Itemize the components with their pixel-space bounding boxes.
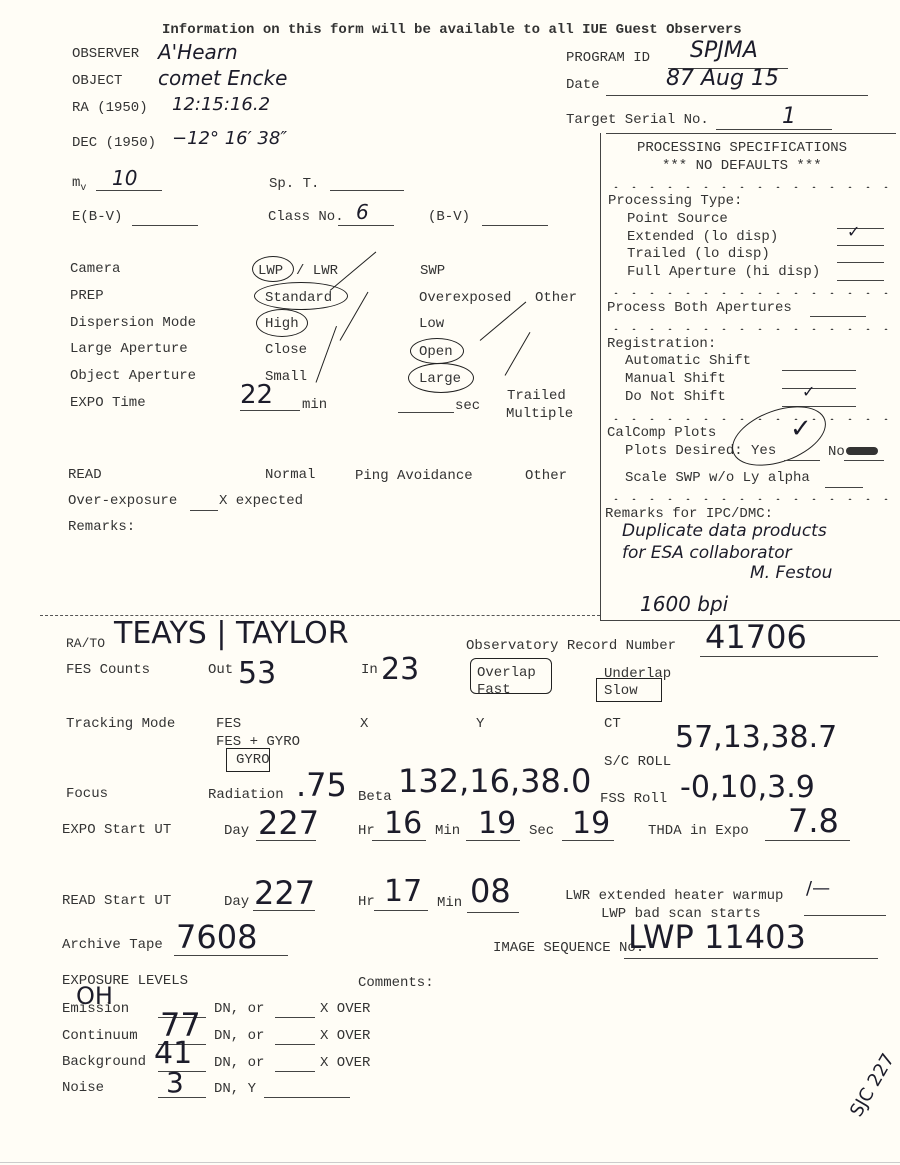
expo-day-field[interactable]: 227 xyxy=(258,804,319,842)
focus-label: Focus xyxy=(66,786,108,802)
fes-in-label: In xyxy=(361,662,378,678)
plots-no-scribble xyxy=(846,447,878,455)
plots-yes-checkmark-icon: ✓ xyxy=(790,414,812,444)
registration-label: Registration: xyxy=(607,336,716,352)
target-serial-field[interactable]: 1 xyxy=(782,104,796,129)
read-label: READ xyxy=(68,467,102,483)
scale-swp-label: Scale SWP w/o Ly alpha xyxy=(625,470,810,486)
noise-suffix: DN, Y xyxy=(214,1081,256,1097)
tracking-mode-label: Tracking Mode xyxy=(66,716,175,732)
observer-label: OBSERVER xyxy=(72,46,139,62)
ipc-remarks-line-3: M. Festou xyxy=(750,563,832,583)
expo-min-label: Min xyxy=(435,823,460,839)
x-label: X xyxy=(360,716,368,732)
tracking-option-fes[interactable]: FES xyxy=(216,716,241,732)
rato-label: RA/TO xyxy=(66,636,105,651)
radiation-field[interactable]: .75 xyxy=(296,766,347,804)
radiation-label: Radiation xyxy=(208,787,284,803)
dec-label: DEC (1950) xyxy=(72,135,156,151)
read-min-field[interactable]: 08 xyxy=(470,872,511,910)
class-label: Class No. xyxy=(268,209,344,225)
beta-label: Beta xyxy=(358,789,392,805)
observer-field[interactable]: A'Hearn xyxy=(158,40,238,64)
expo-start-label: EXPO Start UT xyxy=(62,822,171,838)
background-over-field[interactable] xyxy=(275,1071,315,1072)
ebv-field[interactable] xyxy=(132,225,198,226)
large-aperture-label: Large Aperture xyxy=(70,341,188,357)
noise-dn-field[interactable]: 3 xyxy=(166,1066,184,1099)
corner-note: SJC 227 xyxy=(846,1050,899,1121)
dispersion-option-low[interactable]: Low xyxy=(419,316,444,332)
thda-field[interactable]: 7.8 xyxy=(788,802,839,840)
expo-sec-label: Sec xyxy=(529,823,554,839)
ipc-remarks-line-1: Duplicate data products xyxy=(622,521,827,541)
process-both-apertures-field[interactable] xyxy=(810,316,866,317)
class-field[interactable]: 6 xyxy=(356,200,369,224)
fes-out-field[interactable]: 53 xyxy=(238,656,276,691)
image-sequence-label: IMAGE SEQUENCE No. xyxy=(493,940,644,956)
emission-suffix: DN, or xyxy=(214,1001,264,1017)
sec-unit: sec xyxy=(455,398,480,414)
read-day-label: Day xyxy=(224,894,249,910)
lwr-heater-field[interactable]: /— xyxy=(806,878,830,899)
background-suffix: DN, or xyxy=(214,1055,264,1071)
processing-type-extended[interactable]: Extended (lo disp) xyxy=(627,229,778,245)
overexposure-label: Over-exposure xyxy=(68,493,177,509)
expo-sec-field[interactable]: 19 xyxy=(572,806,610,841)
ra-field[interactable]: 12:15:16.2 xyxy=(172,94,270,115)
dispersion-label: Dispersion Mode xyxy=(70,315,196,331)
expo-hr-label: Hr xyxy=(358,823,375,839)
continuum-over-field[interactable] xyxy=(275,1044,315,1045)
continuum-label: Continuum xyxy=(62,1028,138,1044)
sc-roll-label: S/C ROLL xyxy=(604,754,671,770)
large-aperture-option-close[interactable]: Close xyxy=(265,342,307,358)
date-label: Date xyxy=(566,77,600,93)
dec-field[interactable]: −12° 16′ 38″ xyxy=(172,128,287,149)
sc-roll-field[interactable]: 57,13,38.7 xyxy=(675,720,837,755)
do-not-shift-checkmark-icon: ✓ xyxy=(802,382,815,401)
expo-min-field[interactable]: 19 xyxy=(478,806,516,841)
fes-in-field[interactable]: 23 xyxy=(381,652,419,687)
read-start-label: READ Start UT xyxy=(62,893,171,909)
target-serial-label: Target Serial No. xyxy=(566,112,709,128)
fes-counts-label: FES Counts xyxy=(66,662,150,678)
continuum-suffix: DN, or xyxy=(214,1028,264,1044)
overexposure-suffix: X expected xyxy=(219,493,303,509)
plots-desired-no[interactable]: No xyxy=(828,444,845,460)
noise-label: Noise xyxy=(62,1080,104,1096)
read-option-ping-avoidance[interactable]: Ping Avoidance xyxy=(355,468,473,484)
processing-type-trailed[interactable]: Trailed (lo disp) xyxy=(627,246,770,262)
ipc-remarks-line-2: for ESA collaborator xyxy=(622,543,792,563)
lwp-bad-scan-field[interactable] xyxy=(804,915,886,916)
record-number-label: Observatory Record Number xyxy=(466,638,676,654)
mv-label: mv xyxy=(72,175,86,194)
ct-label: CT xyxy=(604,716,621,732)
fss-roll-field[interactable]: -0,10,3.9 xyxy=(680,770,815,805)
spt-label: Sp. T. xyxy=(269,176,319,192)
expo-time-label: EXPO Time xyxy=(70,395,146,411)
y-label: Y xyxy=(476,716,484,732)
lwr-heater-label: LWR extended heater warmup xyxy=(565,888,783,904)
object-label: OBJECT xyxy=(72,73,122,89)
bv-field[interactable] xyxy=(482,225,548,226)
registration-automatic-shift[interactable]: Automatic Shift xyxy=(625,353,751,369)
processing-type-full-aperture[interactable]: Full Aperture (hi disp) xyxy=(627,264,820,280)
multiple-label: Multiple xyxy=(506,406,573,422)
processing-subtitle: *** NO DEFAULTS *** xyxy=(662,158,822,174)
camera-label: Camera xyxy=(70,261,120,277)
beta-field[interactable]: 132,16,38.0 xyxy=(398,762,591,800)
continuum-over-label: X OVER xyxy=(320,1028,370,1044)
program-id-label: PROGRAM ID xyxy=(566,50,650,66)
spt-field[interactable] xyxy=(330,190,404,191)
calcomp-plots-label: CalComp Plots xyxy=(607,425,716,441)
prep-option-other[interactable]: Other xyxy=(535,290,577,306)
processing-title: PROCESSING SPECIFICATIONS xyxy=(637,140,847,156)
trailed-label: Trailed xyxy=(507,388,566,404)
ra-label: RA (1950) xyxy=(72,100,148,116)
read-option-normal[interactable]: Normal xyxy=(265,467,315,483)
fast-option[interactable]: Fast xyxy=(477,682,511,698)
tape-density: 1600 bpi xyxy=(640,592,728,616)
read-day-field[interactable]: 227 xyxy=(254,874,315,912)
image-sequence-field[interactable]: LWP 11403 xyxy=(628,918,806,956)
camera-option-swp[interactable]: SWP xyxy=(420,263,445,279)
registration-manual-shift[interactable]: Manual Shift xyxy=(625,371,726,387)
object-aperture-label: Object Aperture xyxy=(70,368,196,384)
noise-y-field[interactable] xyxy=(264,1097,350,1098)
registration-do-not-shift[interactable]: Do Not Shift xyxy=(625,389,726,405)
expo-day-label: Day xyxy=(224,823,249,839)
emission-over-label: X OVER xyxy=(320,1001,370,1017)
process-both-apertures-label: Process Both Apertures xyxy=(607,300,792,316)
thda-label: THDA in Expo xyxy=(648,823,749,839)
mv-field[interactable]: 10 xyxy=(112,166,137,190)
archive-tape-field[interactable]: 7608 xyxy=(176,918,257,956)
read-min-label: Min xyxy=(437,895,462,911)
overexposure-field[interactable] xyxy=(190,510,218,511)
record-number-field[interactable]: 41706 xyxy=(705,618,807,656)
read-hr-field[interactable]: 17 xyxy=(384,874,422,909)
prep-option-overexposed[interactable]: Overexposed xyxy=(419,290,511,306)
processing-type-label: Processing Type: xyxy=(608,193,742,209)
ipc-remarks-label: Remarks for IPC/DMC: xyxy=(605,506,773,522)
rato-field[interactable]: TEAYS | TAYLOR xyxy=(114,616,349,651)
scale-swp-field[interactable] xyxy=(825,487,863,488)
ebv-label: E(B-V) xyxy=(72,209,122,225)
fes-out-label: Out xyxy=(208,662,233,678)
emission-label: Emission xyxy=(62,1001,129,1017)
fss-roll-label: FSS Roll xyxy=(600,791,667,807)
extended-checkmark-icon: ✓ xyxy=(847,222,860,241)
expo-time-min-field[interactable]: 22 xyxy=(240,380,273,410)
background-over-label: X OVER xyxy=(320,1055,370,1071)
read-hr-label: Hr xyxy=(358,894,375,910)
remarks-label: Remarks: xyxy=(68,519,135,535)
program-id-field[interactable]: SPJMA xyxy=(690,38,758,63)
emission-over-field[interactable] xyxy=(275,1017,315,1018)
form-notice: Information on this form will be availab… xyxy=(162,22,742,38)
camera-option-lwr[interactable]: / LWR xyxy=(296,263,338,279)
object-field[interactable]: comet Encke xyxy=(158,66,287,90)
date-field[interactable]: 87 Aug 15 xyxy=(666,66,779,91)
comments-label: Comments: xyxy=(358,975,434,991)
min-unit: min xyxy=(302,397,327,413)
read-option-other[interactable]: Other xyxy=(525,468,567,484)
expo-hr-field[interactable]: 16 xyxy=(384,806,422,841)
background-label: Background xyxy=(62,1054,146,1070)
prep-label: PREP xyxy=(70,288,104,304)
expo-time-sec-field[interactable] xyxy=(398,412,454,413)
archive-tape-label: Archive Tape xyxy=(62,937,163,953)
bv-label: (B-V) xyxy=(428,209,470,225)
processing-type-point-source[interactable]: Point Source xyxy=(627,211,728,227)
